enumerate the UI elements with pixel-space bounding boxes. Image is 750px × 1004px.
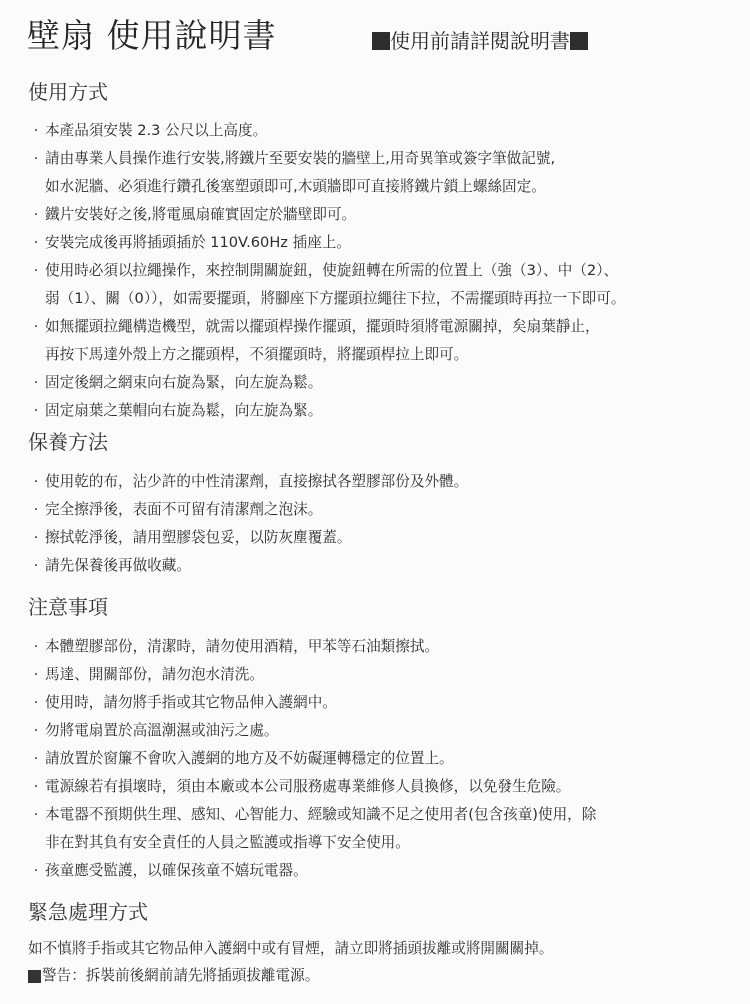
warning-notice: 警告：拆裝前後網前請先將插頭拔離電源。 — [28, 962, 319, 990]
list-item: ·鐵片安裝好之後,將電風扇確實固定於牆壁即可。 — [28, 201, 748, 229]
list-item: ·固定扇葉之葉帽向右旋為鬆，向左旋為緊。 — [28, 397, 748, 425]
black-square-icon — [372, 32, 390, 50]
bullet-icon: · — [31, 229, 41, 257]
page-title: 壁扇 使用說明書 — [27, 14, 277, 58]
black-square-icon — [28, 970, 41, 983]
list-item: ·固定後網之網束向右旋為緊，向左旋為鬆。 — [28, 369, 748, 397]
list-item: ·勿將電扇置於高溫潮濕或油污之處。 — [28, 717, 748, 745]
list-item: ·孩童應受監護，以確保孩童不嬉玩電器。 — [28, 857, 748, 885]
bullet-icon: · — [31, 397, 41, 425]
bullet-icon: · — [31, 201, 41, 229]
bullet-icon: · — [31, 524, 41, 552]
bullet-icon: · — [31, 552, 41, 580]
black-square-icon — [570, 32, 588, 50]
bullet-icon: · — [31, 313, 41, 341]
subtitle-text: 使用前請詳閱說明書 — [390, 27, 570, 55]
maintenance-list: ·使用乾的布，沾少許的中性清潔劑，直接擦拭各塑膠部份及外體。 ·完全擦淨後，表面… — [28, 468, 748, 580]
section-title-usage: 使用方式 — [28, 78, 108, 106]
list-item: ·電源線若有損壞時，須由本廠或本公司服務處專業維修人員換修，以免發生危險。 — [28, 773, 748, 801]
list-item: ·如無擺頭拉繩構造機型，就需以擺頭桿操作擺頭，擺頭時須將電源關掉，矣扇葉靜止，再… — [28, 313, 748, 369]
bullet-icon: · — [31, 689, 41, 717]
list-item: ·請由專業人員操作進行安裝,將鐵片至要安裝的牆壁上,用奇異筆或簽字筆做記號,如水… — [28, 145, 748, 201]
bullet-icon: · — [31, 717, 41, 745]
list-item: ·馬達、開關部份，請勿泡水清洗。 — [28, 661, 748, 689]
list-item: ·完全擦淨後，表面不可留有清潔劑之泡沫。 — [28, 496, 748, 524]
header: 壁扇 使用說明書 使用前請詳閱說明書 — [27, 14, 727, 64]
list-item: ·請放置於窗簾不會吹入護網的地方及不妨礙運轉穩定的位置上。 — [28, 745, 748, 773]
list-item: ·使用時必須以拉繩操作，來控制開關旋鈕，使旋鈕轉在所需的位置上（強（3）、中（2… — [28, 257, 748, 313]
bullet-icon: · — [31, 661, 41, 689]
bullet-icon: · — [31, 633, 41, 661]
bullet-icon: · — [31, 257, 41, 285]
bullet-icon: · — [31, 468, 41, 496]
section-title-emergency: 緊急處理方式 — [28, 898, 148, 926]
bullet-icon: · — [31, 745, 41, 773]
precautions-list: ·本體塑膠部份，清潔時，請勿使用酒精，甲苯等石油類擦拭。 ·馬達、開關部份，請勿… — [28, 633, 748, 885]
bullet-icon: · — [31, 496, 41, 524]
bullet-icon: · — [31, 117, 41, 145]
bullet-icon: · — [31, 801, 41, 829]
usage-list: ·本產品須安裝 2.3 公尺以上高度。 ·請由專業人員操作進行安裝,將鐵片至要安… — [28, 117, 748, 425]
section-title-precautions: 注意事項 — [28, 593, 108, 621]
list-item: ·請先保養後再做收藏。 — [28, 552, 748, 580]
list-item: ·本體塑膠部份，清潔時，請勿使用酒精，甲苯等石油類擦拭。 — [28, 633, 748, 661]
section-title-maintenance: 保養方法 — [28, 428, 108, 456]
bullet-icon: · — [31, 773, 41, 801]
instruction-manual-page: 壁扇 使用說明書 使用前請詳閱說明書 使用方式 ·本產品須安裝 2.3 公尺以上… — [0, 0, 750, 1004]
bullet-icon: · — [31, 857, 41, 885]
list-item: ·本產品須安裝 2.3 公尺以上高度。 — [28, 117, 748, 145]
list-item: ·本電器不預期供生理、感知、心智能力、經驗或知識不足之使用者(包含孩童)使用，除… — [28, 801, 748, 857]
read-before-use-notice: 使用前請詳閱說明書 — [372, 27, 588, 55]
list-item: ·擦拭乾淨後，請用塑膠袋包妥，以防灰塵覆蓋。 — [28, 524, 748, 552]
warning-text: 警告：拆裝前後網前請先將插頭拔離電源。 — [42, 962, 319, 990]
list-item: ·安裝完成後再將插頭插於 110V.60Hz 插座上。 — [28, 229, 748, 257]
list-item: ·使用時，請勿將手指或其它物品伸入護網中。 — [28, 689, 748, 717]
list-item: ·使用乾的布，沾少許的中性清潔劑，直接擦拭各塑膠部份及外體。 — [28, 468, 748, 496]
bullet-icon: · — [31, 369, 41, 397]
emergency-instruction: 如不慎將手指或其它物品伸入護網中或有冒煙，請立即將插頭拔離或將開關關掉。 — [28, 935, 553, 963]
bullet-icon: · — [31, 145, 41, 173]
